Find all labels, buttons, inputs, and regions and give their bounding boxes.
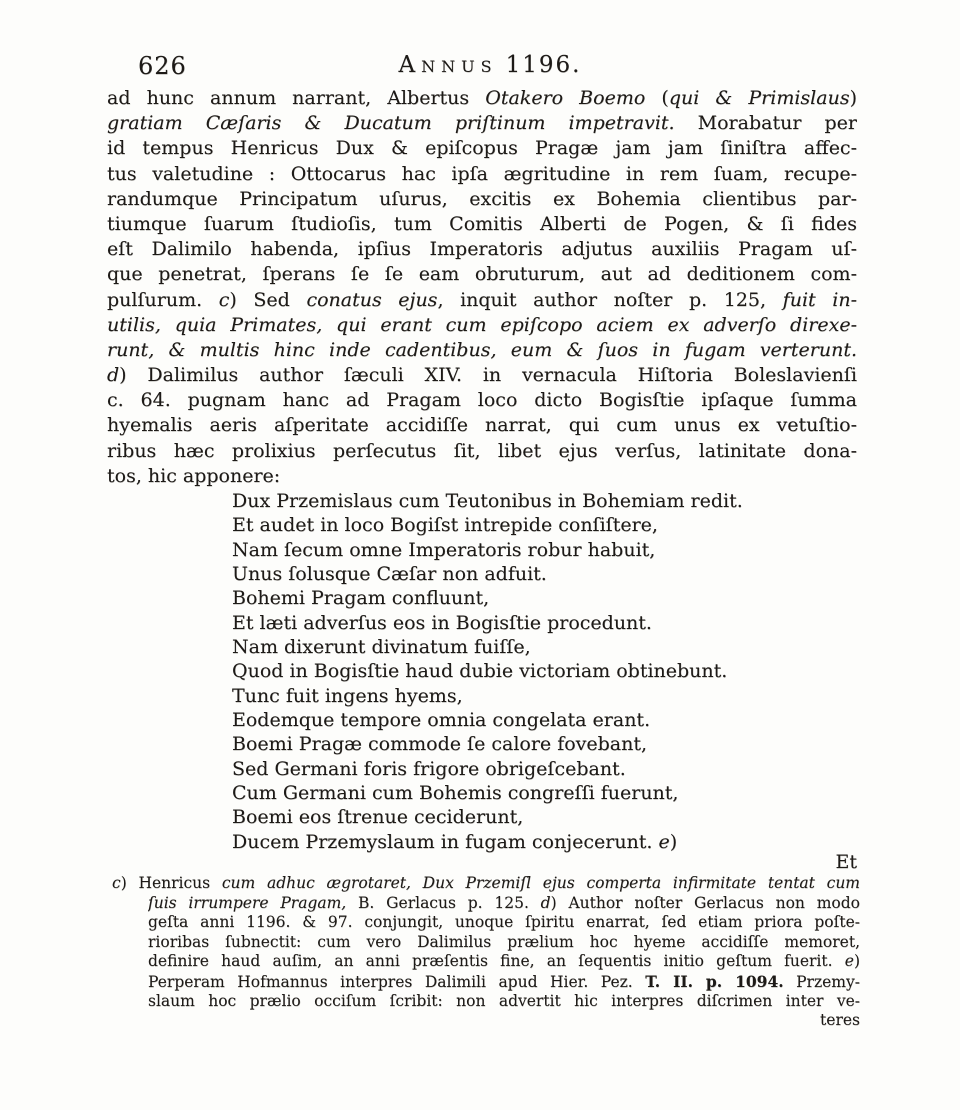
verse-line: Unus ſolusque Cæſar non adfuit. [232,562,857,586]
paragraph-line: tos, hic apponere: [107,464,857,489]
text-run: tiumque ſuarum ſtudioſis, tum Comitis Al… [107,213,857,235]
verse-line: Sed Germani foris frigore obrigeſcebant. [232,757,857,781]
text-run: tus valetudine : Ottocarus hac ipſa ægri… [107,163,857,185]
verse-line: Bohemi Pragam confluunt, [232,586,857,610]
text-run: d [107,364,119,386]
paragraph-line: c. 64. pugnam hanc ad Pragam loco dicto … [107,388,857,413]
paragraph-line: utilis, quia Primates, qui erant cum epi… [107,313,857,338]
text-run: c. 64. pugnam hanc ad Pragam loco dicto … [107,389,857,411]
text-run: que penetrat, ſperans ſe ſe eam obruturu… [107,263,857,285]
text-run: gratiam Cæſaris & Ducatum priſtinum impe… [107,112,675,134]
verse-line: Dux Przemislaus cum Teutonibus in Bohemi… [232,489,857,513]
paragraph-line: ribus hæc prolixius perſecutus ſit, libe… [107,439,857,464]
text-run: hyemalis aeris aſperitate accidiſſe narr… [107,414,857,436]
paragraph-line: ad hunc annum narrant, Albertus Otakero … [107,86,857,111]
text-run: Sed Germani foris frigore obrigeſcebant. [232,758,626,780]
footnote-line: teres [148,1011,860,1031]
text-run: Morabatur per [675,112,857,134]
text-run: Boemi Pragæ commode ſe calore fovebant, [232,733,647,755]
text-run: fuit in- [783,289,857,311]
text-run: tos, hic apponere: [107,465,280,487]
text-run: definire haud auſim, an anni præſentis f… [148,952,845,970]
text-run: Perperam Hofmannus interpres Dalimili ap… [148,973,645,991]
book-page: 626 Annus1196. ad hunc annum narrant, Al… [0,0,960,1110]
verse-line: Boemi Pragæ commode ſe calore fovebant, [232,732,857,756]
text-run: Quod in Bogisſtie haud dubie victoriam o… [232,660,727,682]
text-run: Unus ſolusque Cæſar non adfuit. [232,563,547,585]
catchword: Et [107,851,857,873]
text-run: id tempus Henricus Dux & epiſcopus Pragæ… [107,137,857,159]
text-run: cum adhuc ægrotaret, Dux Przemiſl ejus c… [222,874,860,892]
paragraph-line: tus valetudine : Ottocarus hac ipſa ægri… [107,162,857,187]
running-head: Annus1196. [115,52,865,78]
paragraph-line: id tempus Henricus Dux & epiſcopus Pragæ… [107,136,857,161]
text-run: d [541,894,551,912]
footnote-line: c) Henricus cum adhuc ægrotaret, Dux Prz… [112,874,860,894]
text-run: randumque Principatum uſurus, excitis ex… [107,188,857,210]
text-run: Eodemque tempore omnia congelata erant. [232,709,650,731]
text-run: T. II. p. 1094. [645,972,783,991]
text-run: ) Dalimilus author ſæculi XIV. in vernac… [119,364,857,386]
text-run: Et audet in loco Bogiſst intrepide conſi… [232,514,658,536]
text-run: qui & Primislaus [669,87,850,109]
paragraph-line: pulſurum. c) Sed conatus ejus, inquit au… [107,288,857,313]
text-run: runt, & multis hinc inde cadentibus, eum… [107,339,857,361]
text-run: Otakero Boemo [485,87,645,109]
text-run: ſuis irrumpere Pragam, [148,894,346,912]
verse-line: Nam dixerunt divinatum fuiſſe, [232,635,857,659]
text-run: c [112,874,121,892]
text-run: pulſurum. [107,289,219,311]
text-run: rioribas ſubnectit: cum vero Dalimilus p… [148,933,860,951]
verse-line: Quod in Bogisſtie haud dubie victoriam o… [232,659,857,683]
verse-block: Dux Przemislaus cum Teutonibus in Bohemi… [232,489,857,854]
text-run: Boemi eos ſtrenue ceciderunt, [232,806,523,828]
text-run: eſt Dalimilo habenda, ipſius Imperatoris… [107,238,857,260]
text-run: c [219,289,230,311]
verse-line: Et læti adverſus eos in Bogisſtie proced… [232,611,857,635]
text-run: utilis, quia Primates, qui erant cum epi… [107,314,857,336]
text-run: Nam dixerunt divinatum fuiſſe, [232,636,531,658]
text-run: Przemy- [784,973,860,991]
paragraph-line: eſt Dalimilo habenda, ipſius Imperatoris… [107,237,857,262]
paragraph-line: tiumque ſuarum ſtudioſis, tum Comitis Al… [107,212,857,237]
text-run: Nam ſecum omne Imperatoris robur habuit, [232,539,655,561]
text-run: B. Gerlacus p. 125. [346,894,540,912]
text-run: e [845,952,854,970]
text-run: ) [850,87,857,109]
text-run: e [659,831,670,853]
text-run: ) [854,952,860,970]
text-run: slaum hoc prælio occiſum ſcribit: non ad… [148,992,860,1010]
text-run: ) Sed [229,289,306,311]
text-run: teres [820,1011,860,1029]
footnote-line: ſuis irrumpere Pragam, B. Gerlacus p. 12… [148,894,860,914]
verse-line: Nam ſecum omne Imperatoris robur habuit, [232,538,857,562]
paragraph-line: que penetrat, ſperans ſe ſe eam obruturu… [107,262,857,287]
text-run: ribus hæc prolixius perſecutus ſit, libe… [107,440,857,462]
text-run: ) Author noſter Gerlacus non modo [551,894,860,912]
text-run: Dux Przemislaus cum Teutonibus in Bohemi… [232,490,743,512]
text-run: Bohemi Pragam confluunt, [232,587,489,609]
footnote-line: slaum hoc prælio occiſum ſcribit: non ad… [148,992,860,1012]
footnote-line: Perperam Hofmannus interpres Dalimili ap… [148,972,860,992]
footnote-line: definire haud auſim, an anni præſentis f… [148,952,860,972]
footnote-block: c) Henricus cum adhuc ægrotaret, Dux Prz… [112,874,860,1031]
text-run: , inquit author noſter p. 125, [437,289,782,311]
footnote-line: rioribas ſubnectit: cum vero Dalimilus p… [148,933,860,953]
footnote-line: geſta anni 1196. & 97. conjungit, unoque… [148,913,860,933]
verse-line: Boemi eos ſtrenue ceciderunt, [232,805,857,829]
text-run: ) [670,831,677,853]
verse-line: Tunc fuit ingens hyems, [232,684,857,708]
paragraph-line: hyemalis aeris aſperitate accidiſſe narr… [107,413,857,438]
text-run: ( [645,87,669,109]
verse-line: Eodemque tempore omnia congelata erant. [232,708,857,732]
text-run: Cum Germani cum Bohemis congreſſi fuerun… [232,782,678,804]
paragraph-line: gratiam Cæſaris & Ducatum priſtinum impe… [107,111,857,136]
text-run: ) Henricus [121,874,222,892]
paragraph-line: randumque Principatum uſurus, excitis ex… [107,187,857,212]
running-head-year: 1196. [506,52,582,78]
running-head-word: Annus [399,52,498,78]
text-run: conatus ejus [306,289,437,311]
verse-line: Cum Germani cum Bohemis congreſſi fuerun… [232,781,857,805]
main-text-column: ad hunc annum narrant, Albertus Otakero … [107,86,857,873]
verse-line: Et audet in loco Bogiſst intrepide conſi… [232,513,857,537]
text-run: Et læti adverſus eos in Bogisſtie proced… [232,612,652,634]
text-run: ad hunc annum narrant, Albertus [107,87,485,109]
paragraph-line: d) Dalimilus author ſæculi XIV. in verna… [107,363,857,388]
paragraph-line: runt, & multis hinc inde cadentibus, eum… [107,338,857,363]
text-run: geſta anni 1196. & 97. conjungit, unoque… [148,913,860,931]
text-run: Tunc fuit ingens hyems, [232,685,463,707]
paragraph-block: ad hunc annum narrant, Albertus Otakero … [107,86,857,489]
text-run: Ducem Przemyslaum in fugam conjecerunt. [232,831,659,853]
